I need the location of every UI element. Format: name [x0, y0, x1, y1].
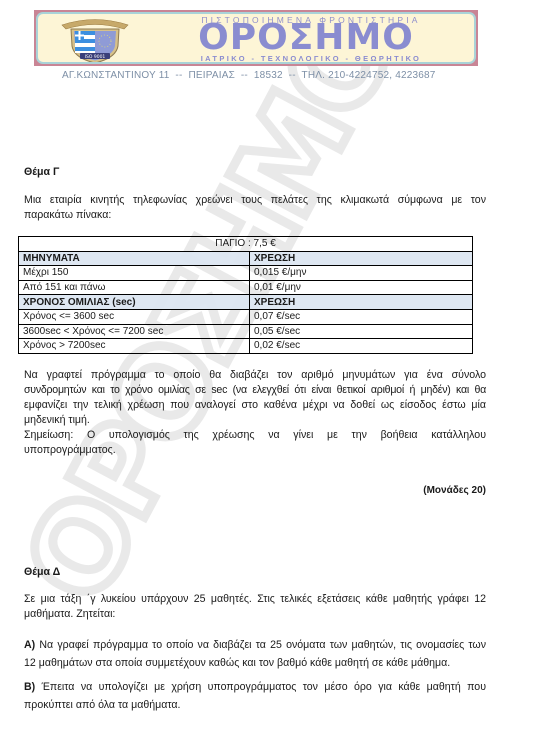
topic-c-intro-line-1: Μια εταιρία κινητής τηλεφωνίας χρεώνει τ…	[24, 193, 486, 208]
table-header-cell: ΧΡΕΩΣΗ	[250, 295, 473, 310]
table-header-row: ΜΗΝΥΜΑΤΑ ΧΡΕΩΣΗ	[19, 251, 473, 266]
table-row: Χρόνος <= 3600 sec 0,07 €/sec	[19, 309, 473, 324]
topic-d-intro-line-1: Σε μια τάξη ΄γ λυκείου υπάρχουν 25 μαθητ…	[24, 592, 486, 607]
table-cell: 0,015 €/μην	[250, 266, 473, 281]
banner-frame: ISO 9001 ΠΙΣΤΟΠΟΙΗΜΕΝΑ ΦΡΟΝΤΙΣΤΗΡΙΑ ΟΡΟΣ…	[36, 12, 476, 64]
table-row: 3600sec < Χρόνος <= 7200 sec 0,05 €/sec	[19, 324, 473, 339]
topic-c-task-line-4: μηδενική τιμή.	[24, 413, 486, 428]
table-cell: Από 151 και πάνω	[19, 280, 250, 295]
topic-c-marks: (Μονάδες 20)	[423, 483, 486, 498]
svg-text:ISO 9001: ISO 9001	[85, 54, 106, 60]
topic-d-intro: Σε μια τάξη ΄γ λυκείου υπάρχουν 25 μαθητ…	[24, 592, 486, 622]
topic-c-task-line-2: συνδρομητών και το χρόνο ομιλίας σε sec …	[24, 383, 486, 398]
table-row: Χρόνος > 7200sec 0,02 €/sec	[19, 339, 473, 354]
table-cell: 0,07 €/sec	[250, 309, 473, 324]
banner-subtitle-bottom: ΙΑΤΡΙΚΟ - ΤΕΧΝΟΛΟΓΙΚΟ - ΘΕΩΡΗΤΙΚΟ	[166, 54, 456, 63]
table-row: Μέχρι 150 0,015 €/μην	[19, 266, 473, 281]
pricing-table: ΠΑΓΙΟ : 7,5 € ΜΗΝΥΜΑΤΑ ΧΡΕΩΣΗ Μέχρι 150 …	[18, 236, 473, 354]
topic-c-note-line-2: υποπρογράμματος.	[24, 444, 116, 456]
topic-d-title: Θέμα Δ	[24, 565, 60, 580]
topic-d-part-a: Α) Να γραφεί πρόγραμμα το οποίο να διαβά…	[24, 636, 486, 672]
table-cell: 0,01 €/μην	[250, 280, 473, 295]
topic-c-intro-line-2: παρακάτω πίνακα:	[24, 209, 111, 221]
table-caption-row: ΠΑΓΙΟ : 7,5 €	[19, 237, 473, 252]
brand-logo-text: ΟΡΟΣΗΜΟ	[156, 20, 456, 56]
shield-emblem-icon: ISO 9001	[58, 16, 132, 64]
topic-d-part-a-line-2: 12 μαθημάτων στα οποία συμμετέχουν καθώς…	[24, 654, 486, 672]
topic-d-part-b-line-2: προκύπτει από όλα τα μαθήματα.	[24, 696, 486, 714]
table-header-cell: ΧΡΕΩΣΗ	[250, 251, 473, 266]
table-header-cell: ΜΗΝΥΜΑΤΑ	[19, 251, 250, 266]
table-cell: 0,02 €/sec	[250, 339, 473, 354]
topic-c-title: Θέμα Γ	[24, 165, 59, 180]
part-a-text-1: Να γραφεί πρόγραμμα το οποίο να διαβάζει…	[35, 639, 486, 651]
part-a-label: Α)	[24, 639, 35, 651]
topic-c-task-line-1: Να γραφτεί πρόγραμμα το οποίο θα διαβάζε…	[24, 368, 486, 383]
contact-address: ΑΓ.ΚΩΝΣΤΑΝΤΙΝΟΥ 11 -- ΠΕΙΡΑΙΑΣ -- 18532 …	[62, 70, 462, 81]
header-banner: ISO 9001 ΠΙΣΤΟΠΟΙΗΜΕΝΑ ΦΡΟΝΤΙΣΤΗΡΙΑ ΟΡΟΣ…	[34, 10, 478, 66]
table-cell: 0,05 €/sec	[250, 324, 473, 339]
topic-d-intro-line-2: μαθήματα. Ζητείται:	[24, 608, 115, 620]
table-cell: Χρόνος > 7200sec	[19, 339, 250, 354]
table-header-row: ΧΡΟΝΟΣ ΟΜΙΛΙΑΣ (sec) ΧΡΕΩΣΗ	[19, 295, 473, 310]
topic-d-part-b-line-1: Β) Έπειτα να υπολογίζει με χρήση υποπρογ…	[24, 678, 486, 696]
table-cell: Χρόνος <= 3600 sec	[19, 309, 250, 324]
topic-c-task: Να γραφτεί πρόγραμμα το οποίο θα διαβάζε…	[24, 368, 486, 458]
part-b-label: Β)	[24, 681, 35, 693]
table-caption: ΠΑΓΙΟ : 7,5 €	[19, 237, 473, 252]
topic-d-part-a-line-1: Α) Να γραφεί πρόγραμμα το οποίο να διαβά…	[24, 636, 486, 654]
topic-c-note-line-1: Σημείωση: Ο υπολογισμός της χρέωσης να γ…	[24, 428, 486, 443]
table-row: Από 151 και πάνω 0,01 €/μην	[19, 280, 473, 295]
topic-c-task-line-3: εμφανίζει την τελική χρέωση που αναλογεί…	[24, 398, 486, 413]
part-b-text-1: Έπειτα να υπολογίζει με χρήση υποπρογράμ…	[35, 681, 486, 693]
table-header-cell: ΧΡΟΝΟΣ ΟΜΙΛΙΑΣ (sec)	[19, 295, 250, 310]
topic-d-part-b: Β) Έπειτα να υπολογίζει με χρήση υποπρογ…	[24, 678, 486, 714]
table-cell: Μέχρι 150	[19, 266, 250, 281]
topic-c-intro: Μια εταιρία κινητής τηλεφωνίας χρεώνει τ…	[24, 193, 486, 223]
table-cell: 3600sec < Χρόνος <= 7200 sec	[19, 324, 250, 339]
